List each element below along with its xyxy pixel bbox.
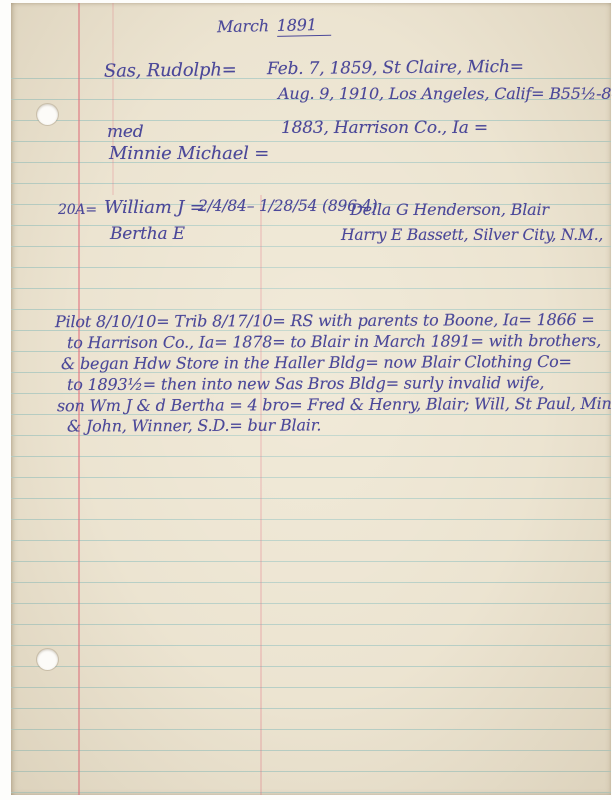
- notes-line: to Harrison Co., Ia= 1878= to Blair in M…: [67, 331, 601, 352]
- entry-surname: Sas, Rudolph=: [104, 59, 237, 81]
- children-ref-code: 20A=: [58, 202, 97, 218]
- hole-punch-top: [37, 104, 58, 125]
- entry-spouse-name: Minnie Michael =: [109, 143, 269, 164]
- paper-sheet: March1891 Sas, Rudolph= Feb. 7, 1859, St…: [11, 3, 611, 795]
- entry-death-date: Aug. 9, 1910, Los Angeles, Calif= B55½-8…: [278, 84, 612, 103]
- title-month: March: [217, 16, 269, 36]
- page-title: March1891: [217, 15, 331, 38]
- hole-punch-bottom: [37, 649, 58, 670]
- notes-line: & John, Winner, S.D.= bur Blair.: [67, 415, 321, 435]
- scanned-notebook-page: March1891 Sas, Rudolph= Feb. 7, 1859, St…: [0, 0, 612, 800]
- daughter-spouse: Harry E Bassett, Silver City, N.M.,: [341, 226, 603, 244]
- entry-married-abbrev: med: [107, 122, 143, 142]
- bleedthrough-margin-line-top: [112, 3, 114, 195]
- notes-line: Pilot 8/10/10= Trib 8/17/10= RS with par…: [55, 310, 595, 331]
- title-year: 1891: [277, 15, 331, 37]
- notes-line: to 1893½= then into new Sas Bros Bldg= s…: [67, 373, 544, 394]
- notes-line: son Wm J & d Bertha = 4 bro= Fred & Henr…: [57, 394, 612, 415]
- entry-marriage-info: 1883, Harrison Co., Ia =: [281, 118, 488, 138]
- notes-line: & began Hdw Store in the Haller Bldg= no…: [61, 352, 572, 373]
- son-spouse: Della G Henderson, Blair: [350, 200, 549, 219]
- entry-birth-date: Feb. 7, 1859, St Claire, Mich=: [267, 57, 524, 79]
- son-name: William J =: [104, 197, 205, 218]
- bleedthrough-margin-line: [260, 195, 262, 795]
- daughter-name: Bertha E: [110, 224, 185, 244]
